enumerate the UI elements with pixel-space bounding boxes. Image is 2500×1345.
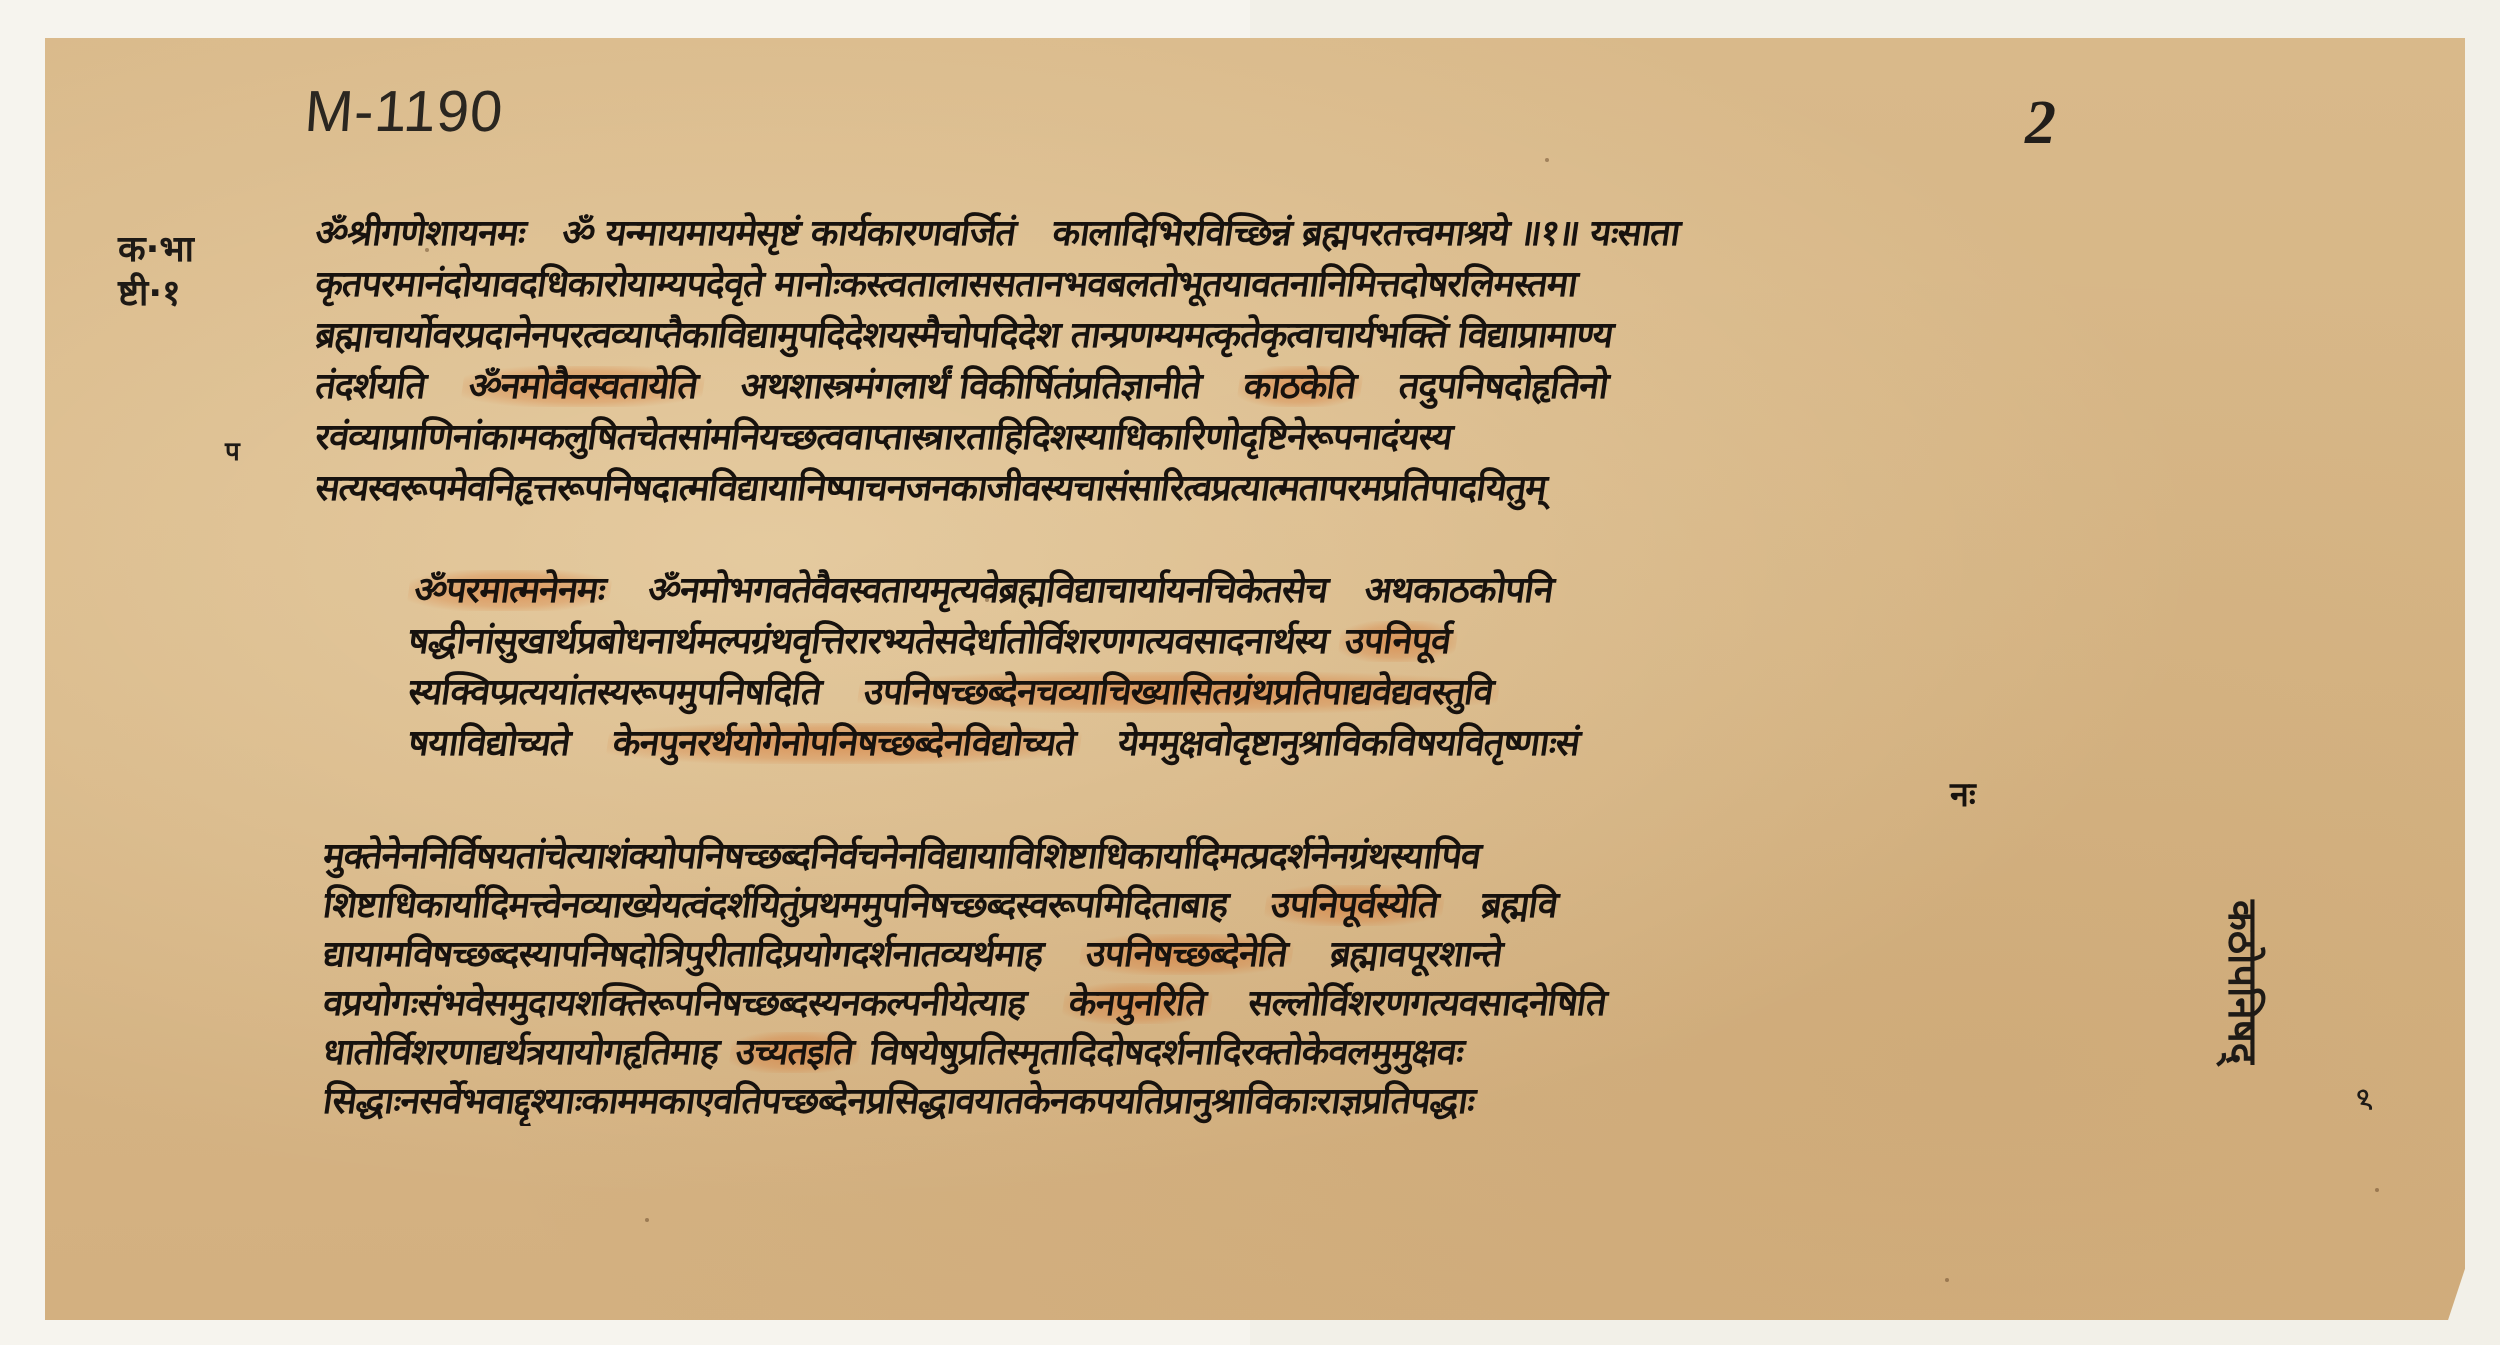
text-segment: धातोर्विशरणाद्यर्थत्रयायोगहृतिमाह <box>321 1032 722 1073</box>
text-segment: विषयेषुप्रतिस्मृतादिदोषदर्शनादिरक्तोकेवल… <box>868 1032 1466 1073</box>
text-segment: ब्रह्मावपूरशान्ते <box>1328 934 1505 975</box>
text-segment: ब्रह्मवि <box>1478 885 1559 926</box>
text-segment: षयाविद्योच्यते <box>406 723 573 764</box>
left-margin-note-line1: क·भा <box>118 228 194 272</box>
text-line: मुक्तेनेननिर्विषयतांचेत्याशंक्योपनिषच्छब… <box>320 832 2157 881</box>
text-segment: स्यक्विप्प्रत्ययांतस्यरूपमुपनिषदिति <box>406 672 824 713</box>
highlighted-lemma: ॐपरमात्मनेनमः <box>406 570 614 611</box>
highlighted-lemma: काठकेति <box>1235 366 1364 407</box>
text-segment: वप्रयोगःसंभवेसमुदायशक्तिरूपनिषच्छब्दस्यन… <box>321 983 1029 1024</box>
text-line: शिष्टाधिकार्यादिमत्त्वेनव्याख्येयत्वंदर्… <box>320 881 2157 930</box>
invocation: ॐश्रीगणेशायनमः <box>313 213 528 254</box>
text-line: स्यक्विप्प्रत्ययांतस्यरूपमुपनिषदिति उपनि… <box>405 667 2072 718</box>
folio-number: 2 <box>2025 88 2056 159</box>
text-segment: शिष्टाधिकार्यादिमत्त्वेनव्याख्येयत्वंदर्… <box>321 885 1231 926</box>
text-line: ब्रह्माचार्योवरप्रदानेनपरत्वव्याप्तैकावि… <box>312 310 2169 361</box>
text-block-top: ॐश्रीगणेशायनमः ॐ यन्मायमायमेसृष्टं कार्य… <box>312 208 2162 514</box>
text-segment: ब्रह्माचार्योवरप्रदानेनपरत्वव्याप्तैकावि… <box>313 315 1616 356</box>
text-line: कृतपरमानंदोयावदधिकारोयाम्यपदेवृते मानोःक… <box>312 259 2169 310</box>
text-segment: तंदर्शयति <box>313 366 429 407</box>
text-line: सत्यस्वरूपमेवनिहृत्तरूपनिषदात्मविद्यायान… <box>312 463 2169 514</box>
text-line: रवंव्याप्राणिनांकामकलुषितचेतसांमनियच्छत्… <box>312 412 2169 463</box>
text-segment: कालादिभिरविच्छिन्नं ब्रह्मपरतत्त्वमाश्रय… <box>1050 213 1682 254</box>
text-line: षयाविद्योच्यते केनपुनरर्थयोगेनोपनिषच्छब्… <box>405 718 2072 769</box>
text-segment: येममुक्षवोदृष्टानुश्राविकविषयवितृष्णाःसं <box>1116 723 1583 764</box>
text-segment: द्यायामविषच्छब्दस्यापनिषदोत्रिपुरीतादिप्… <box>321 934 1046 975</box>
text-segment: सत्यस्वरूपमेवनिहृत्तरूपनिषदात्मविद्यायान… <box>313 468 1549 509</box>
text-line: धातोर्विशरणाद्यर्थत्रयायोगहृतिमाह उच्यतइ… <box>320 1028 2157 1077</box>
text-line: षद्धीनांसुखार्थप्रबोधनार्थमल्पग्रंथवृत्त… <box>405 616 2072 667</box>
text-line: द्यायामविषच्छब्दस्यापनिषदोत्रिपुरीतादिप्… <box>320 930 2157 979</box>
highlighted-lemma: उपनिषच्छब्देनचव्याचिख्यासितग्रंथप्रतिपाद… <box>855 672 1501 713</box>
text-block-bottom: मुक्तेनेननिर्विषयतांचेत्याशंक्योपनिषच्छब… <box>320 832 2150 1126</box>
text-line: ॐपरमात्मनेनमः ॐनमोभगवतेवैवस्वतायमृत्यवेब… <box>405 565 2072 616</box>
right-margin-title: कठोपनिषद् <box>2215 900 2270 1064</box>
catalog-number: M-1190 <box>303 78 506 145</box>
highlighted-lemma: उपनिपूर्वस्येति <box>1262 885 1446 926</box>
highlighted-lemma: उच्यतइति <box>727 1032 862 1073</box>
text-segment: सल्लोर्विशरणगत्यवसादनेषिति <box>1246 983 1609 1024</box>
text-segment: अथशास्त्रमंगलार्थं विकीर्षितंप्रतिज्ञानी… <box>738 366 1204 407</box>
highlighted-lemma: उपनिषच्छब्देनेति <box>1077 934 1295 975</box>
text-segment: षद्धीनांसुखार्थप्रबोधनार्थमल्पग्रंथवृत्त… <box>406 621 1331 662</box>
highlighted-lemma: केनपुनरर्थयोगेनोपनिषच्छब्देनविद्योच्यते <box>604 723 1083 764</box>
text-segment: सिद्धाःनसर्वेभवाद्दृश्याःकाममकाएवतिपच्छब… <box>321 1081 1478 1122</box>
left-margin-mark: प <box>225 432 240 468</box>
highlighted-lemma: उपनिपूर्व <box>1336 621 1459 662</box>
text-segment: अथकाठकोपनि <box>1362 570 1556 611</box>
text-line: वप्रयोगःसंभवेसमुदायशक्तिरूपनिषच्छब्दस्यन… <box>320 979 2157 1028</box>
highlighted-lemma: केनपुनरिति <box>1060 983 1214 1024</box>
highlighted-lemma: ॐनमोवैवस्वतायेति <box>460 366 706 407</box>
line-continuation: नः <box>1950 770 1976 816</box>
text-line: तंदर्शयति ॐनमोवैवस्वतायेति अथशास्त्रमंगल… <box>312 361 2169 412</box>
text-segment: ॐ यन्मायमायमेसृष्टं कार्यकारणवर्जितं <box>560 213 1018 254</box>
text-line: सिद्धाःनसर्वेभवाद्दृश्याःकाममकाएवतिपच्छब… <box>320 1077 2157 1126</box>
text-segment: कृतपरमानंदोयावदधिकारोयाम्यपदेवृते मानोःक… <box>313 264 1580 305</box>
text-segment: मुक्तेनेननिर्विषयतांचेत्याशंक्योपनिषच्छब… <box>321 836 1483 877</box>
text-segment: रवंव्याप्राणिनांकामकलुषितचेतसांमनियच्छत्… <box>313 417 1455 458</box>
left-margin-note-line2: ष्टी·१ <box>118 272 194 316</box>
left-margin-note: क·भा ष्टी·१ <box>118 228 194 316</box>
text-segment: तदुपनिषदोहृतिनो <box>1396 366 1610 407</box>
text-block-middle: ॐपरमात्मनेनमः ॐनमोभगवतेवैवस्वतायमृत्यवेब… <box>405 565 2065 769</box>
text-line: ॐश्रीगणेशायनमः ॐ यन्मायमायमेसृष्टं कार्य… <box>312 208 2169 259</box>
text-segment: ॐनमोभगवतेवैवस्वतायमृत्यवेब्रह्मविद्याचार… <box>646 570 1331 611</box>
